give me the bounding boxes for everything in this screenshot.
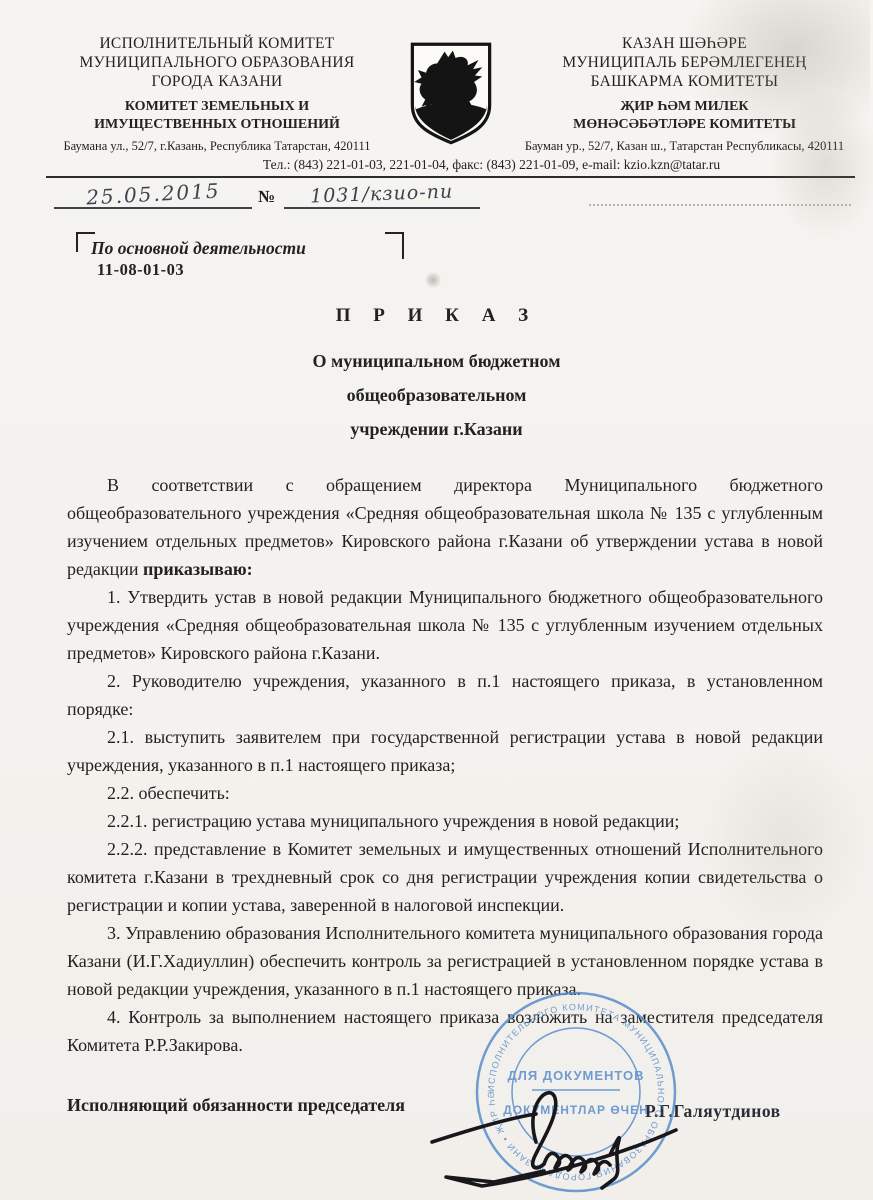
scanned-order-document: ИСПОЛНИТЕЛЬНЫЙ КОМИТЕТ МУНИЦИПАЛЬНОГО ОБ… [0, 0, 873, 1200]
prikazyvayu-keyword: приказываю: [143, 559, 253, 579]
dept-name-tat-line: ҖИР ҺӘМ МИЛЕК [510, 98, 859, 116]
org-name-ru-line: ГОРОДА КАЗАНИ [42, 72, 392, 91]
scan-smudge [425, 272, 441, 288]
activity-block: По основной деятельности 11-08-01-03 [76, 232, 404, 293]
scan-dashed-line [589, 204, 851, 206]
org-name-ru-line: МУНИЦИПАЛЬНОГО ОБРАЗОВАНИЯ [42, 53, 392, 72]
requisites-row: 25.05.2015 № 1031/кзио-пи [0, 180, 873, 224]
corner-bracket-right [385, 232, 404, 259]
paragraph-item-4: 4. Контроль за выполнением настоящего пр… [67, 1003, 823, 1059]
org-name-tat-line: БАШКАРМА КОМИТЕТЫ [510, 72, 859, 91]
paragraph-item-3: 3. Управлению образования Исполнительног… [67, 919, 823, 1003]
dept-name-tat-line: МӨНӘСӘБӘТЛӘРЕ КОМИТЕТЫ [510, 116, 859, 134]
paragraph-item-1: 1. Утвердить устав в новой редакции Муни… [67, 583, 823, 667]
letterhead-left-block: ИСПОЛНИТЕЛЬНЫЙ КОМИТЕТ МУНИЦИПАЛЬНОГО ОБ… [42, 34, 392, 154]
paragraph-preamble: В соответствии с обращением директора Му… [67, 471, 823, 583]
subject-line: общеобразовательном [0, 378, 873, 412]
number-sign-label: № [258, 187, 275, 207]
order-subject: О муниципальном бюджетном общеобразовате… [0, 344, 873, 446]
letterhead: ИСПОЛНИТЕЛЬНЫЙ КОМИТЕТ МУНИЦИПАЛЬНОГО ОБ… [0, 34, 873, 154]
date-field: 25.05.2015 [54, 180, 252, 209]
activity-type-label: По основной деятельности [91, 237, 404, 259]
org-name-ru-line: ИСПОЛНИТЕЛЬНЫЙ КОМИТЕТ [42, 34, 392, 53]
signer-role: Исполняющий обязанности председателя [67, 1095, 405, 1116]
subject-line: О муниципальном бюджетном [0, 344, 873, 378]
paragraph-item-2: 2. Руководителю учреждения, указанного в… [67, 667, 823, 723]
address-tat: Бауман ур., 52/7, Казан ш., Татарстан Ре… [510, 139, 859, 154]
contact-line: Тел.: (843) 221-01-03, 221-01-04, факс: … [0, 157, 873, 173]
signature-scrawl [424, 1078, 700, 1196]
letterhead-divider [46, 176, 855, 178]
handwritten-date: 25.05.2015 [85, 178, 221, 209]
zilant-dragon-icon [405, 38, 497, 148]
dept-name-ru-line: КОМИТЕТ ЗЕМЕЛЬНЫХ И [42, 98, 392, 116]
letterhead-right-block: КАЗАН ШӘҺӘРЕ МУНИЦИПАЛЬ БЕРӘМЛЕГЕНЕҢ БАШ… [510, 34, 859, 154]
handwritten-number: 1031/кзио-пи [310, 181, 454, 208]
paragraph-item-2-2-2: 2.2.2. представление в Комитет земельных… [67, 835, 823, 919]
paragraph-item-2-1: 2.1. выступить заявителем при государств… [67, 723, 823, 779]
org-name-tat-line: КАЗАН ШӘҺӘРЕ [510, 34, 859, 53]
subject-line: учреждении г.Казани [0, 412, 873, 446]
document-title: П Р И К А З [0, 305, 873, 327]
org-name-tat-line: МУНИЦИПАЛЬ БЕРӘМЛЕГЕНЕҢ [510, 53, 859, 72]
paragraph-item-2-2-1: 2.2.1. регистрацию устава муниципального… [67, 807, 823, 835]
order-body: В соответствии с обращением директора Му… [0, 471, 873, 1059]
corner-bracket-left [76, 232, 95, 252]
number-field: 1031/кзио-пи [284, 180, 480, 209]
address-ru: Баумана ул., 52/7, г.Казань, Республика … [42, 139, 392, 154]
kazan-coat-of-arms-emblem [392, 34, 510, 154]
dept-name-ru-line: ИМУЩЕСТВЕННЫХ ОТНОШЕНИЙ [42, 116, 392, 134]
paragraph-item-2-2: 2.2. обеспечить: [67, 779, 823, 807]
activity-code: 11-08-01-03 [97, 259, 404, 280]
